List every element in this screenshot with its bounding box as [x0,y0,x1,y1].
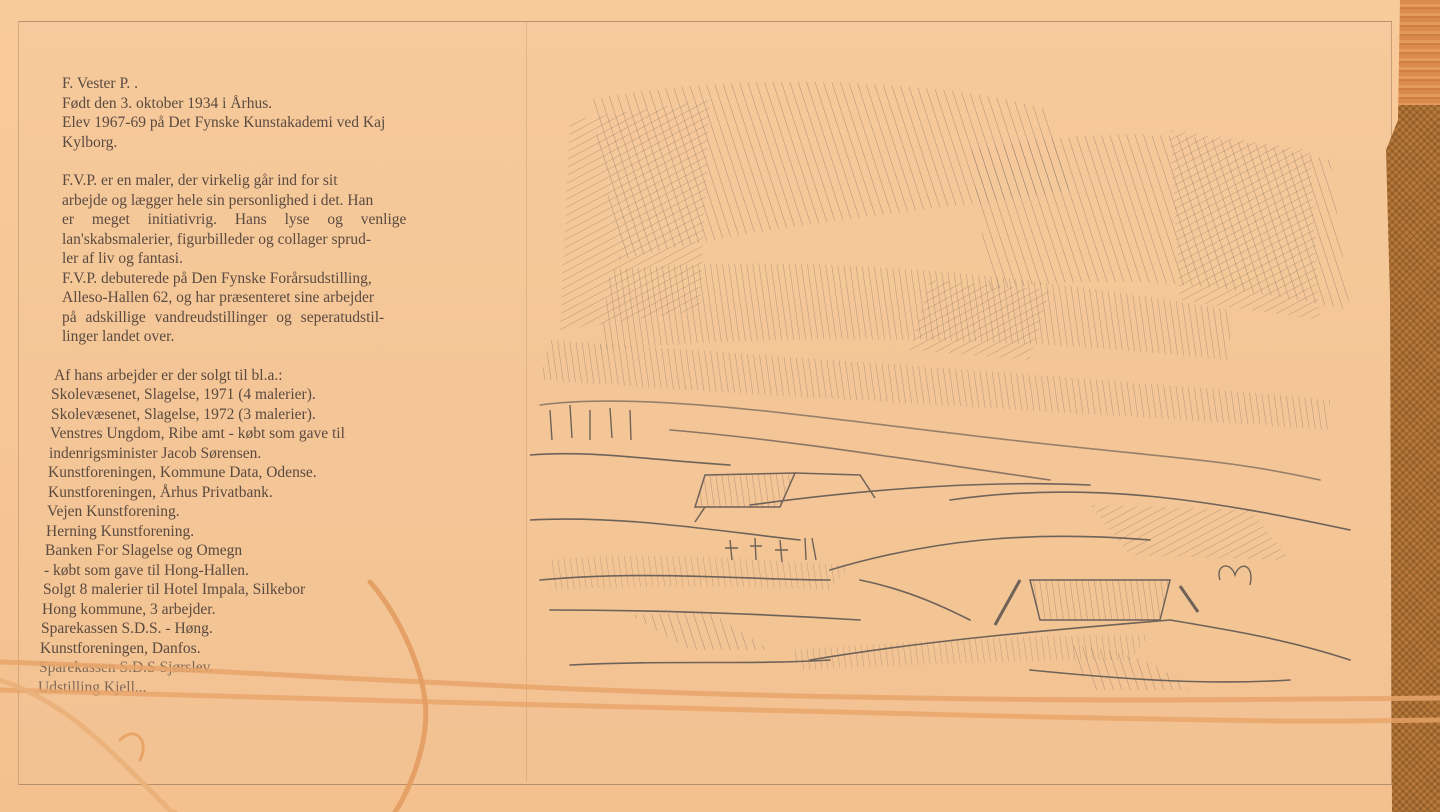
paragraph-line: er meget initiativrig. Hans lyse og venl… [62,210,462,230]
list-item: Hong kommune, 3 arbejder. [42,600,462,620]
list-item: Banken For Slagelse og Omegn [45,541,462,561]
list-item: indenrigsminister Jacob Sørensen. [49,444,462,464]
list-item: - købt som gave til Hong-Hallen. [44,561,462,581]
list-item: Skolevæsenet, Slagelse, 1971 (4 malerier… [51,385,462,405]
paragraph-1: F.V.P. er en maler, der virkelig går ind… [62,171,462,269]
landscape-drawing [530,60,1370,700]
landscape-print [530,60,1370,700]
list-item: Herning Kunstforening. [46,522,462,542]
list-item: Kunstforeningen, Århus Privatbank. [48,483,462,503]
sold-intro: Af hans arbejder er der solgt til bl.a.: [54,366,462,386]
artist-name: F. Vester P. . [62,74,462,94]
paragraph-line: på adskillige vandreudstillinger og sepe… [62,308,462,328]
paragraph-line: F.V.P. debuterede på Den Fynske Forårsud… [62,269,462,289]
education-line: Elev 1967-69 på Det Fynske Kunstakademi … [62,113,462,133]
paragraph-line: lan'skabsmalerier, figurbilleder og coll… [62,230,462,250]
list-item: Venstres Ungdom, Ribe amt - købt som gav… [50,424,462,444]
biography-text: F. Vester P. . Født den 3. oktober 1934 … [62,74,462,697]
farmhouse-right [995,580,1198,625]
sold-to-list: Af hans arbejder er der solgt til bl.a.:… [54,366,462,698]
list-item: Sparekassen S.D.S Sjørslev. [39,658,462,678]
list-item: Kunstforeningen, Kommune Data, Odense. [48,463,462,483]
header-block: F. Vester P. . Født den 3. oktober 1934 … [62,74,462,152]
paragraph-line: Alleso-Hallen 62, og har præsenteret sin… [62,288,462,308]
sky-hatching [540,82,1350,430]
list-item: Skolevæsenet, Slagelse, 1972 (3 malerier… [51,405,462,425]
list-item: Sparekassen S.D.S. - Høng. [41,619,462,639]
paragraph-line: linger landet over. [62,327,462,347]
list-item: Solgt 8 malerier til Hotel Impala, Silke… [43,580,462,600]
paragraph-line: arbejde og lægger hele sin personlighed … [62,191,462,211]
list-item: Vejen Kunstforening. [47,502,462,522]
paragraph-line: F.V.P. er en maler, der virkelig går ind… [62,171,462,191]
center-fold [526,22,527,782]
education-line-cont: Kylborg. [62,133,462,153]
paragraph-line: ler af liv og fantasi. [62,249,462,269]
birth-line: Født den 3. oktober 1934 i Århus. [62,94,462,114]
paper-sheet: F. Vester P. . Født den 3. oktober 1934 … [0,0,1412,812]
list-item: Kunstforeningen, Danfos. [40,639,462,659]
farmhouse-left [695,473,875,522]
paragraph-2: F.V.P. debuterede på Den Fynske Forårsud… [62,269,462,347]
list-item: Udstilling Kjell... [38,678,462,698]
